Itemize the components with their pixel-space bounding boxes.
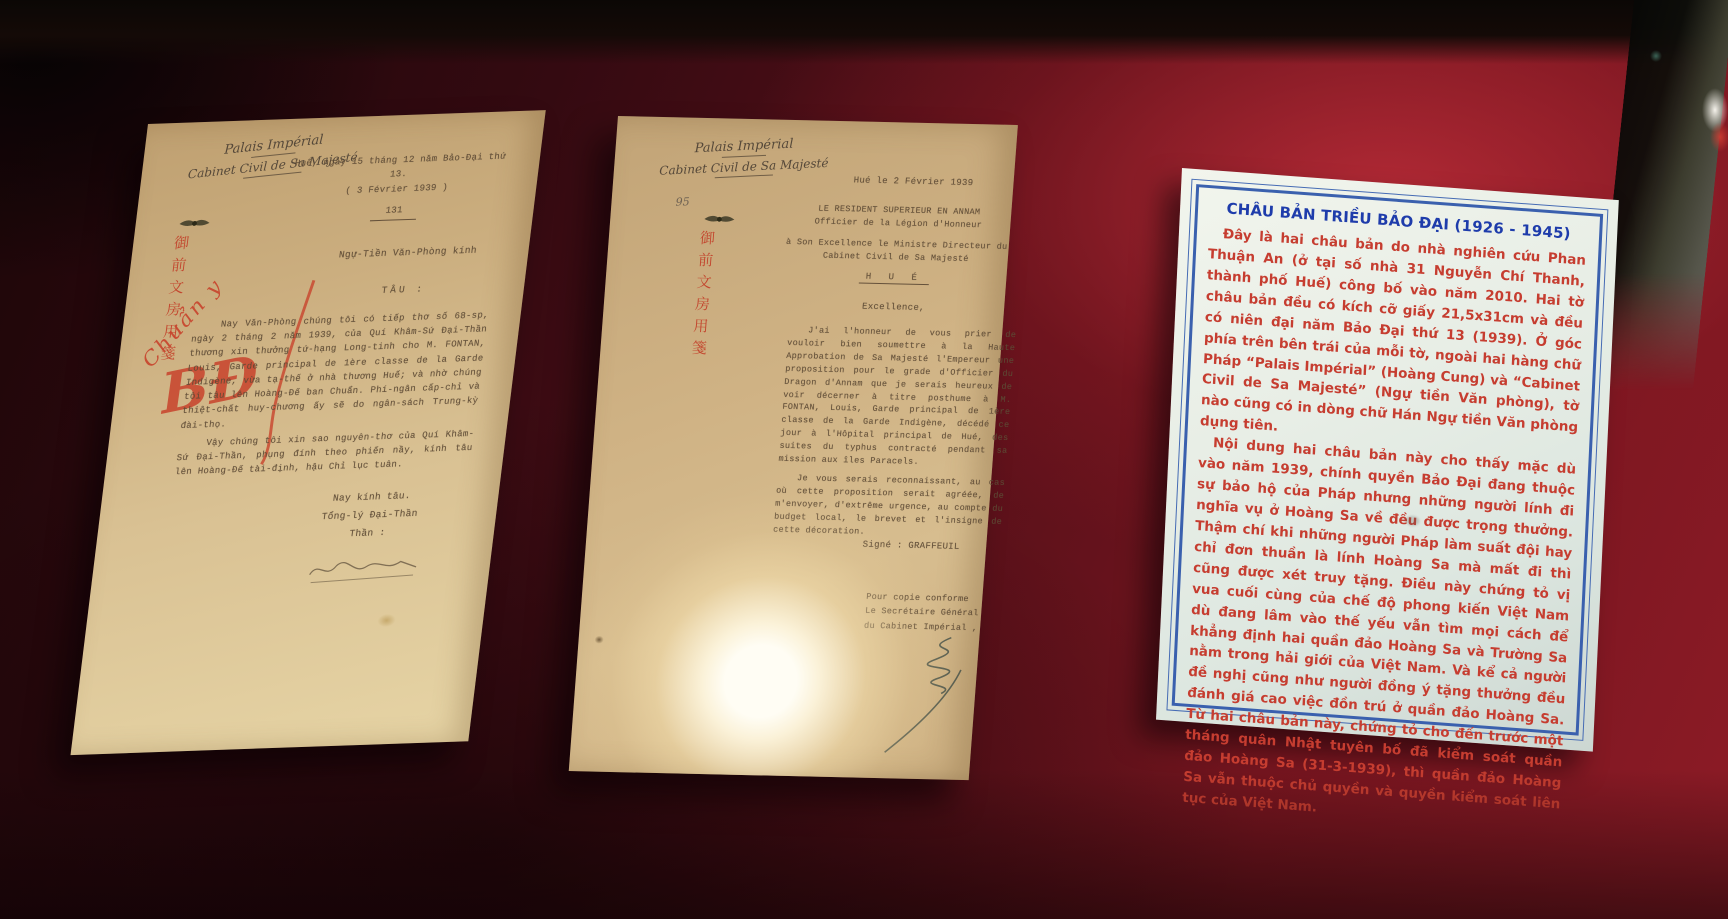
letterpress-emblem-icon [702,212,737,227]
letterpress-emblem-icon [177,216,213,231]
place-line: H U É [774,270,1015,285]
date-line: Hué le 2 Février 1939 [818,175,1009,189]
body-paragraph: Je vous serais reconnaissant, au cas où … [773,472,1006,542]
flourish-line [715,174,773,178]
han-seal-column: 御前文房用箋 [683,230,718,420]
heading-tau: TÂU : [314,281,493,298]
body-paragraph: Vậy chúng tôi xin sao nguyên-thơ của Quí… [174,427,475,480]
document-heading: Ngự-Tiền Văn-Phòng kính TÂU : [314,244,498,298]
file-number: 131 [370,203,417,221]
closing-block: Nay kính tâu. Tổng-lý Đại-Thần Thần : [291,486,448,546]
museum-display-photo: Palais Impérial Cabinet Civil de Sa Maje… [0,0,1728,919]
signed-line: Signé : GRAFFEUIL [826,539,997,553]
signature-scribble [302,551,426,591]
french-letter-document: Palais Impérial Cabinet Civil de Sa Maje… [569,116,1018,780]
card-content: CHÂU BẢN TRIỀU BẢO ĐẠI (1926 - 1945) Đây… [1187,194,1588,725]
card-paragraph: Đây là hai châu bản do nhà nghiên cứu Ph… [1200,223,1587,460]
paper-stain [377,614,397,628]
paper-stain [594,636,604,644]
body-paragraph: J'ai l'honneur de vous prier de vouloir … [778,324,1017,471]
date-block: Huế, ngày 15 tháng 12 năm Bảo-Đại thứ 13… [285,149,509,223]
closing-line: Thần : [291,522,443,545]
recipient-block: à Son Excellence le Ministre Directeur d… [775,236,1017,268]
body-paragraph: Nay Văn-Phòng chúng tôi có tiếp thơ số 6… [180,308,490,433]
flourish-line [722,155,766,158]
salutation: Excellence, [862,302,925,313]
file-number: 95 [676,195,690,209]
sender-block: LE RESIDENT SUPERIEUR EN ANNAM Officier … [778,202,1020,234]
signature-scribble [876,628,986,760]
bottom-vignette [0,769,1728,919]
heading-line: Ngự-Tiền Văn-Phòng kính [318,244,497,261]
teal-reflection-spot [1650,50,1662,62]
chau-ban-vietnamese-document: Palais Impérial Cabinet Civil de Sa Maje… [71,110,546,755]
red-reflection-spot [1710,122,1728,152]
case-top-shadow [0,0,1728,64]
info-card: CHÂU BẢN TRIỀU BẢO ĐẠI (1926 - 1945) Đây… [1156,168,1619,752]
